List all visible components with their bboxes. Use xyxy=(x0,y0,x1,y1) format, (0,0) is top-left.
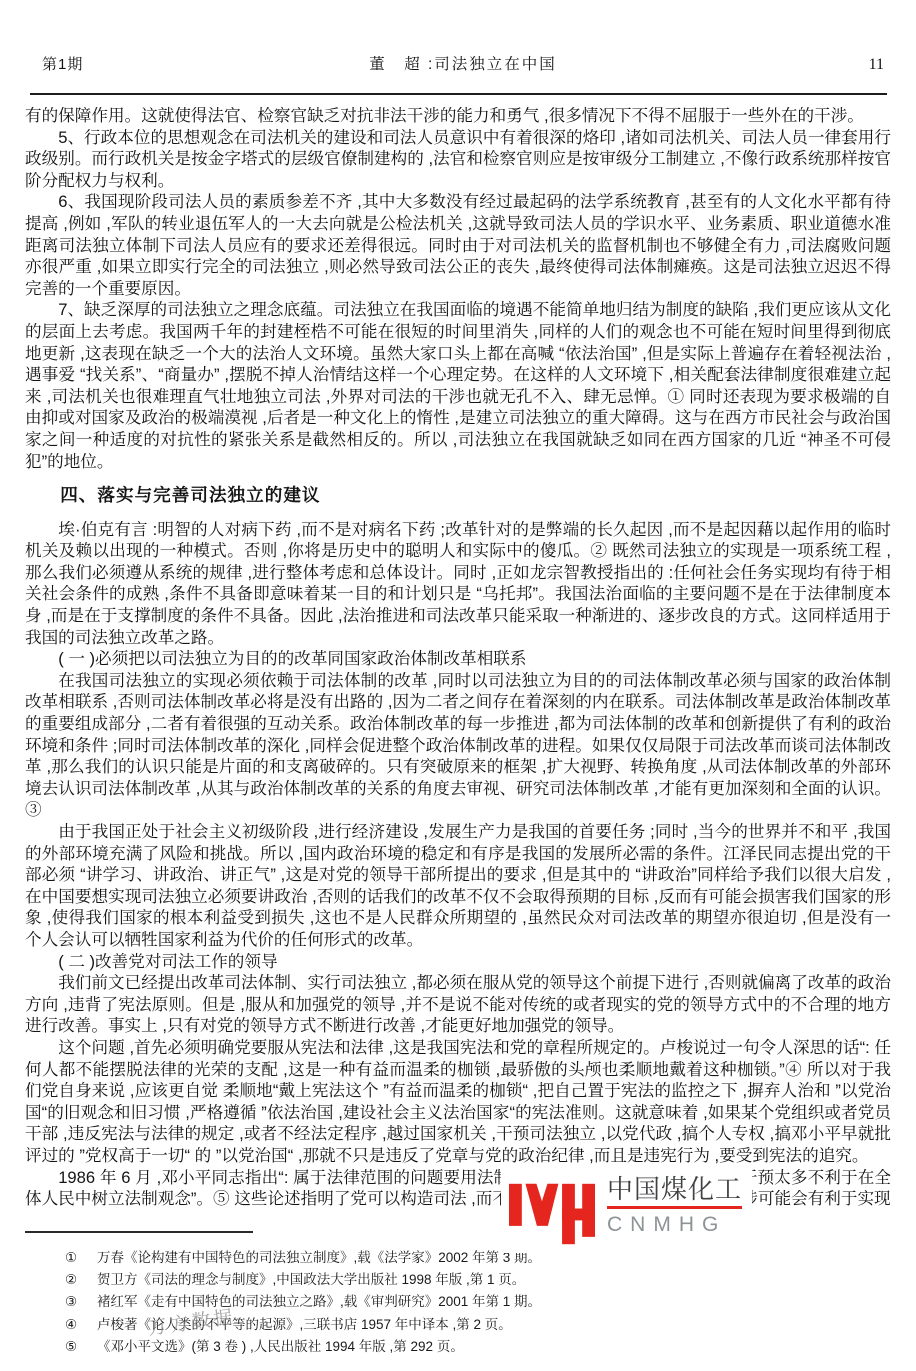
paragraph: 1986 年 6 月 ,邓小平同志指出“: 属于法律范围的问题要用法制来解决 ,… xyxy=(25,1167,891,1210)
paragraph: 埃·伯克有言 :明智的人对病下药 ,而不是对病名下药 ;改革针对的是弊端的长久起… xyxy=(25,519,891,649)
paragraph: 5、行政本位的思想观念在司法机关的建设和司法人员意识中有着很深的烙印 ,诸如司法… xyxy=(25,127,891,192)
paragraph: 6、我国现阶段司法人员的素质参差不齐 ,其中大多数没有经过最起码的法学系统教育 … xyxy=(25,191,891,299)
header-rule xyxy=(30,93,887,95)
paragraph: 这个问题 ,首先必须明确党要服从宪法和法律 ,这是我国宪法和党的章程所规定的。卢… xyxy=(25,1037,891,1167)
issue-label: 第1期 xyxy=(42,53,222,74)
footnote-number: ⑤ xyxy=(65,1336,97,1358)
footnote-number: ② xyxy=(65,1269,97,1291)
article-body: 有的保障作用。这就使得法官、检察官缺乏对抗非法干涉的能力和勇气 ,很多情况下不得… xyxy=(25,105,891,1210)
footnote-number: ① xyxy=(65,1247,97,1269)
footnote-text: 贺卫方《司法的理念与制度》,中国政法大学出版社 1998 年版 ,第 1 页。 xyxy=(97,1269,891,1291)
cnmhg-brand-en: CNMHG xyxy=(607,1213,742,1237)
cnmhg-text: 中国煤化工 CNMHG xyxy=(607,1175,742,1237)
paragraph: 7、缺乏深厚的司法独立之理念底蕴。司法独立在我国面临的境遇不能简单地归结为制度的… xyxy=(25,299,891,472)
page-number: 11 xyxy=(704,56,884,74)
journal-page: 第1期 董 超 :司法独立在中国 11 有的保障作用。这就使得法官、检察官缺乏对… xyxy=(0,0,916,1371)
cnmhg-logo xyxy=(509,1181,595,1247)
footnote: ② 贺卫方《司法的理念与制度》,中国政法大学出版社 1998 年版 ,第 1 页… xyxy=(65,1269,891,1291)
footnote-text: 万春《论构建有中国特色的司法独立制度》,载《法学家》2002 年第 3 期。 xyxy=(97,1247,891,1269)
footnote: ① 万春《论构建有中国特色的司法独立制度》,载《法学家》2002 年第 3 期。 xyxy=(65,1247,891,1269)
paragraph: ( 二 )改善党对司法工作的领导 xyxy=(25,951,891,973)
paragraph: 有的保障作用。这就使得法官、检察官缺乏对抗非法干涉的能力和勇气 ,很多情况下不得… xyxy=(25,105,891,127)
footnote: ⑤ 《邓小平文选》(第 3 卷 ) ,人民出版社 1994 年版 ,第 292 … xyxy=(65,1336,891,1358)
paragraph: 四、落实与完善司法独立的建议 xyxy=(25,485,891,507)
footnote-number: ③ xyxy=(65,1291,97,1313)
paragraph: 在我国司法独立的实现必须依赖于司法体制的改革 ,同时以司法独立为目的的司法体制改… xyxy=(25,670,891,821)
footnote-text: 《邓小平文选》(第 3 卷 ) ,人民出版社 1994 年版 ,第 292 页。 xyxy=(97,1336,891,1358)
paragraph: ( 一 )必须把以司法独立为目的的改革同国家政治体制改革相联系 xyxy=(25,648,891,670)
cnmhg-watermark: 中国煤化工 CNMHG xyxy=(501,1167,752,1253)
footnote-list: ① 万春《论构建有中国特色的司法独立制度》,载《法学家》2002 年第 3 期。… xyxy=(25,1247,891,1358)
running-title: 董 超 :司法独立在中国 xyxy=(222,52,704,74)
footnote-separator xyxy=(25,1231,253,1233)
footnote-number: ④ xyxy=(65,1314,97,1336)
paragraph: 我们前文已经提出改革司法体制、实行司法独立 ,都必须在服从党的领导这个前提下进行… xyxy=(25,972,891,1037)
cnmhg-brand-cn: 中国煤化工 xyxy=(607,1175,742,1209)
paragraph: 由于我国正处于社会主义初级阶段 ,进行经济建设 ,发展生产力是我国的首要任务 ;… xyxy=(25,821,891,951)
page-header: 第1期 董 超 :司法独立在中国 11 xyxy=(42,52,884,74)
